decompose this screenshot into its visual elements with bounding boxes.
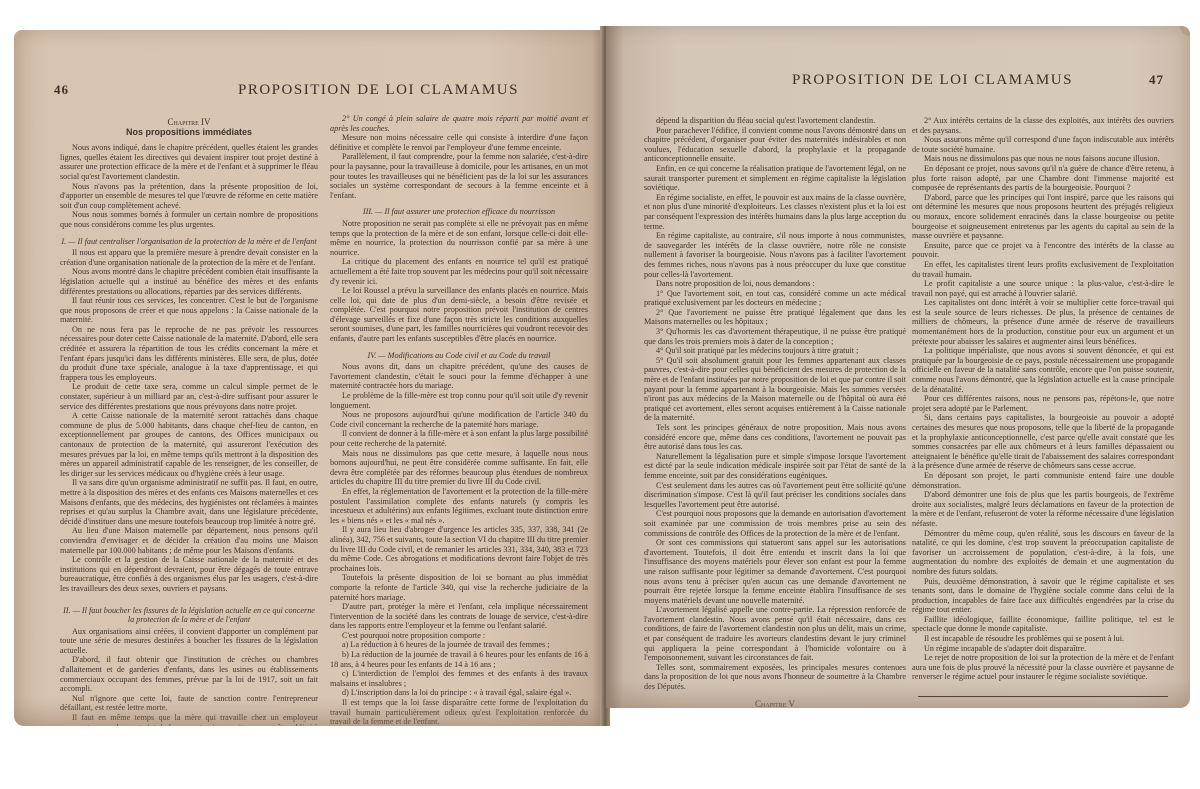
paragraph: Il faut réunir tous ces services, les co…: [60, 296, 318, 325]
paragraph: Nous nous sommes bornés à formuler un ce…: [60, 210, 318, 229]
paragraph: Le problème de la fille-mère est trop co…: [330, 391, 588, 410]
paragraph: c) L'interdiction de l'emploi des femmes…: [330, 669, 588, 688]
paragraph: Le contrôle et la gestion de la Caisse n…: [60, 555, 318, 593]
running-title: PROPOSITION DE LOI CLAMAMUS: [792, 72, 1073, 89]
page-number: 46: [54, 82, 69, 98]
paragraph: Notre proposition ne serait pas complète…: [330, 219, 588, 257]
paragraph: a) La réduction à 6 heures de la journée…: [330, 640, 588, 650]
paragraph: D'abord, parce que les principes qui l'o…: [912, 193, 1174, 241]
paragraph: 1° Que l'avortement soit, en tout cas, c…: [644, 289, 906, 308]
paragraph: Faillite idéologique, faillite économiqu…: [912, 615, 1174, 634]
paragraph: Toutefois la présente disposition de loi…: [330, 573, 588, 602]
paragraph: Naturellement la légalisation pure et si…: [644, 452, 906, 481]
left-page: 46 PROPOSITION DE LOI CLAMAMUS Chapitre …: [14, 30, 604, 726]
paragraph: En déposant ce projet, nous savons qu'il…: [912, 164, 1174, 193]
paragraph: En déposant son projet, le parti communi…: [912, 471, 1174, 490]
section-heading: II. — Il faut boucher les fissures de la…: [60, 606, 318, 625]
paragraph: D'autre part, protéger la mère et l'enfa…: [330, 602, 588, 631]
paragraph: D'abord démontrer une fois de plus que l…: [912, 490, 1174, 528]
paragraph: En effet, la réglementation de l'avortem…: [330, 487, 588, 525]
paragraph: On ne nous fera pas le reproche de ne pa…: [60, 325, 318, 383]
paragraph: Le profit capitaliste a une source uniqu…: [912, 279, 1174, 298]
section-heading: IV. — Modifications au Code civil et au …: [330, 351, 588, 361]
paragraph: L'avortement légalisé appelle une contre…: [644, 605, 906, 663]
left-column-1: Chapitre IV Nos propositions immédiates …: [60, 114, 318, 726]
paragraph: 2° Aux intérêts certains de la classe de…: [912, 116, 1174, 135]
paragraph: Enfin, en ce qui concerne la réalisation…: [644, 164, 906, 193]
folded-corner: [1180, 26, 1190, 36]
left-column-2: 2° Un congé à plein salaire de quatre mo…: [330, 114, 588, 726]
paragraph: En régime capitaliste, au contraire, s'i…: [644, 231, 906, 279]
paragraph: Il va sans dire qu'un organisme administ…: [60, 478, 318, 526]
running-title: PROPOSITION DE LOI CLAMAMUS: [238, 82, 519, 99]
paragraph: Mais nous ne dissimulons pas que nous ne…: [912, 154, 1174, 164]
paragraph: 2° Un congé à plein salaire de quatre mo…: [330, 114, 588, 133]
paragraph: Tels sont les principes généraux de notr…: [644, 423, 906, 452]
open-booklet: 46 PROPOSITION DE LOI CLAMAMUS Chapitre …: [14, 26, 1190, 726]
paragraph: La critique du placement des enfants en …: [330, 257, 588, 286]
paragraph: Si, dans certains pays capitalistes, la …: [912, 413, 1174, 471]
paragraph: Ensuite, parce que ce projet va à l'enco…: [912, 241, 1174, 260]
paragraph: Il y aura lieu lieu d'abroger d'urgence …: [330, 525, 588, 573]
paragraph: Nous assurons même qu'il correspond d'un…: [912, 135, 1174, 154]
right-page: PROPOSITION DE LOI CLAMAMUS 47 dépend la…: [606, 26, 1190, 708]
paragraph: En régime socialiste, en effet, le pouvo…: [644, 193, 906, 231]
page-shadow: [606, 678, 1190, 708]
right-column-1: dépend la disparition du fléau social qu…: [644, 116, 906, 708]
paragraph: 2° Que l'avortement ne puisse être prati…: [644, 308, 906, 327]
paragraph: C'est pourquoi nous proposons que la dem…: [644, 509, 906, 538]
paragraph: Les capitalistes ont donc intérêt à voir…: [912, 298, 1174, 346]
right-column-2: 2° Aux intérêts certains de la classe de…: [912, 116, 1174, 708]
paragraph: dépend la disparition du fléau social qu…: [644, 116, 906, 126]
folded-corner: [14, 30, 24, 40]
paragraph: Pour ces différentes raisons, nous ne pe…: [912, 394, 1174, 413]
section-heading: III. — Il faut assurer une protection ef…: [330, 207, 588, 217]
paragraph: Mesure non moins nécessaire celle qui co…: [330, 133, 588, 152]
page-number: 47: [1149, 72, 1164, 88]
paragraph: Nous avons indiqué, dans le chapitre pré…: [60, 143, 318, 181]
paragraph: Aux organisations ainsi créées, il convi…: [60, 627, 318, 656]
paragraph: Pour parachever l'édifice, il convient c…: [644, 126, 906, 164]
paragraph: Nous avons montré dans le chapitre précé…: [60, 267, 318, 296]
paragraph: C'est pourquoi notre proposition comport…: [330, 631, 588, 641]
paragraph: Mais nous ne dissimulons pas que cette m…: [330, 449, 588, 487]
paragraph: 5° Qu'il soit absolument gratuit pour le…: [644, 356, 906, 423]
section-heading: I. — Il faut centraliser l'organisation …: [60, 237, 318, 247]
paragraph: Parallèlement, il faut comprendre, pour …: [330, 152, 588, 200]
paragraph: Il convient de donner à la fille-mère et…: [330, 429, 588, 448]
paragraph: En effet, les capitalistes tirent leurs …: [912, 260, 1174, 279]
paragraph: Nous avons dit, dans un chapitre précéde…: [330, 362, 588, 391]
paragraph: Le produit de cette taxe sera, comme un …: [60, 382, 318, 411]
paragraph: 3° Qu'hormis les cas d'avortement thérap…: [644, 327, 906, 346]
paragraph: Le loi Roussel a prévu la surveillance d…: [330, 286, 588, 344]
paragraph: Démontrer du même coup, qu'en réalité, s…: [912, 529, 1174, 577]
paragraph: Au lieu d'une Maison maternelle par dépa…: [60, 526, 318, 555]
paragraph: Il nous est apparu que la première mesur…: [60, 248, 318, 267]
paragraph: b) La réduction de la journée de travail…: [330, 650, 588, 669]
paragraph: 4° Qu'il soit pratiqué par les médecins …: [644, 346, 906, 356]
chapter-title: Nos propositions immédiates: [60, 128, 318, 138]
paragraph: Puis, deuxième démonstration, à savoir q…: [912, 577, 1174, 615]
paragraph: D'abord, il faut obtenir que l'instituti…: [60, 655, 318, 693]
paragraph: Or sont ces commissions qui statueront s…: [644, 538, 906, 605]
paragraph: C'est seulement dans les autres cas où l…: [644, 481, 906, 510]
paragraph: Un régime incapable de s'adapter doit di…: [912, 644, 1174, 654]
paragraph: Nous ne proposons aujourd'hui qu'une mod…: [330, 410, 588, 429]
paragraph: Nous n'avons pas la prétention, dans la …: [60, 182, 318, 211]
page-shadow: [14, 696, 604, 726]
paragraph: A cette Caisse nationale de la maternité…: [60, 411, 318, 478]
paragraph: Dans notre proposition de loi, nous dema…: [644, 279, 906, 289]
paragraph: La politique impérialiste, que nous avon…: [912, 346, 1174, 394]
paragraph: Il est incapable de résoudre les problèm…: [912, 634, 1174, 644]
